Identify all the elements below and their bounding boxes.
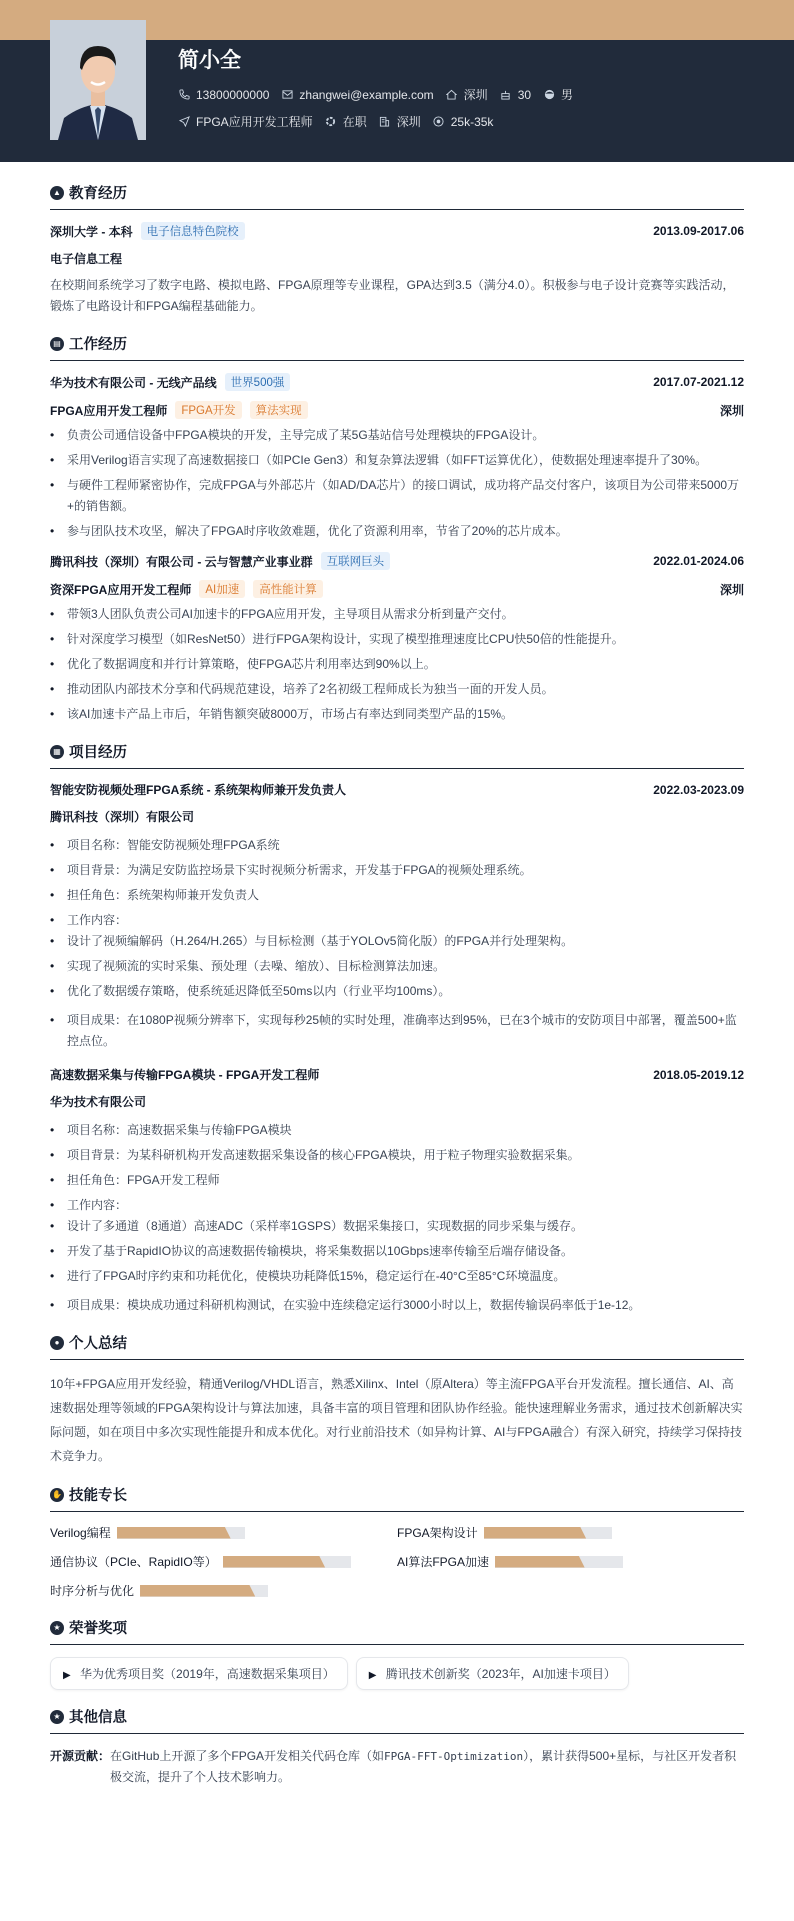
list-item: 开发了基于RapidIO协议的高速数据传输模块，将采集数据以10Gbps速率传输… <box>50 1241 744 1262</box>
role-tag: 算法实现 <box>250 401 308 419</box>
cake-icon <box>500 89 512 101</box>
list-item: 进行了FPGA时序约束和功耗优化，使模块功耗降低15%，稳定运行在-40°C至8… <box>50 1266 744 1287</box>
work-section-title: ▤ 工作经历 <box>50 333 744 361</box>
job-period: 2022.01-2024.06 <box>653 554 744 568</box>
info-ribbon-icon: ★ <box>50 1710 64 1724</box>
skill-bar-fill <box>117 1527 231 1539</box>
salary-item: 25k-35k <box>433 115 494 129</box>
skill-item: 通信协议（PCIe、RapidIO等） <box>50 1553 397 1570</box>
awards-section-title: ★ 荣誉奖项 <box>50 1617 744 1645</box>
list-item: 项目成果：模块成功通过科研机构测试，在实验中连续稳定运行3000小时以上，数据传… <box>50 1295 744 1316</box>
other-section-title: ★ 其他信息 <box>50 1706 744 1734</box>
salary-value: 25k-35k <box>451 115 494 129</box>
graduation-cap-icon: ▲ <box>50 186 64 200</box>
projects-title-text: 项目经历 <box>69 741 127 762</box>
project-company-row: 华为技术有限公司 <box>50 1093 744 1110</box>
skill-bar <box>484 1527 612 1539</box>
age-item: 30 <box>500 88 531 102</box>
role-tag: 高性能计算 <box>253 580 323 598</box>
skill-item: 时序分析与优化 <box>50 1582 397 1599</box>
project-name-row: 智能安防视频处理FPGA系统 - 系统架构师兼开发负责人 2022.03-202… <box>50 781 744 798</box>
awards-list: ▶ 华为优秀项目奖（2019年，高速数据采集项目） ▶ 腾讯技术创新奖（2023… <box>50 1657 744 1690</box>
major: 电子信息工程 <box>50 250 122 267</box>
skill-name: AI算法FPGA加速 <box>397 1553 489 1570</box>
mail-icon <box>281 89 293 101</box>
education-section: ▲ 教育经历 深圳大学 - 本科 电子信息特色院校 2013.09-2017.0… <box>50 182 744 317</box>
role-tag: FPGA开发 <box>175 401 241 419</box>
thumbs-up-icon: ✋ <box>50 1488 64 1502</box>
status-item: 在职 <box>325 113 367 130</box>
award-text: 华为优秀项目奖（2019年，高速数据采集项目） <box>80 1667 335 1681</box>
skill-name: Verilog编程 <box>50 1524 111 1541</box>
list-item: 设计了视频编解码（H.264/H.265）与目标检测（基于YOLOv5简化版）的… <box>50 931 744 952</box>
skill-bar-fill <box>484 1527 586 1539</box>
other-title-text: 其他信息 <box>69 1706 127 1727</box>
other-item-value: 在GitHub上开源了多个FPGA开发相关代码仓库（如FPGA-FFT-Opti… <box>110 1746 744 1788</box>
job-role: FPGA应用开发工程师 <box>50 402 167 419</box>
list-item: 担任角色：系统架构师兼开发负责人 <box>50 885 744 906</box>
project-bullets: 项目名称：智能安防视频处理FPGA系统 项目背景：为满足安防监控场景下实时视频分… <box>50 835 744 1052</box>
status-value: 在职 <box>343 113 367 130</box>
project-company: 腾讯科技（深圳）有限公司 <box>50 808 194 825</box>
list-item: 该AI加速卡产品上市后，年销售额突破8000万，市场占有率达到同类型产品的15%… <box>50 704 744 725</box>
skills-section: ✋ 技能专长 Verilog编程 FPGA架构设计 通信协议（PCIe、Rapi… <box>50 1484 744 1599</box>
projects-section: ▦ 项目经历 智能安防视频处理FPGA系统 - 系统架构师兼开发负责人 2022… <box>50 741 744 1316</box>
list-item: 参与团队技术攻坚，解决了FPGA时序收敛难题，优化了资源利用率，节省了20%的芯… <box>50 521 744 542</box>
summary-section: ● 个人总结 10年+FPGA应用开发经验，精通Verilog/VHDL语言，熟… <box>50 1332 744 1468</box>
job-entry: 腾讯科技（深圳）有限公司 - 云与智慧产业事业群 互联网巨头 2022.01-2… <box>50 552 744 725</box>
school-tag: 电子信息特色院校 <box>141 222 245 240</box>
project-name: 高速数据采集与传输FPGA模块 - FPGA开发工程师 <box>50 1066 319 1083</box>
skill-bar <box>140 1585 268 1597</box>
list-item: 项目背景：为某科研机构开发高速数据采集设备的核心FPGA模块，用于粒子物理实验数… <box>50 1145 744 1166</box>
paper-plane-icon <box>178 116 190 128</box>
list-item: 针对深度学习模型（如ResNet50）进行FPGA架构设计，实现了模型推理速度比… <box>50 629 744 650</box>
skill-name: 通信协议（PCIe、RapidIO等） <box>50 1553 217 1570</box>
job-role-row: 资深FPGA应用开发工程师 AI加速 高性能计算 深圳 <box>50 580 744 598</box>
school-name: 深圳大学 - 本科 <box>50 223 133 240</box>
role-tag: AI加速 <box>199 580 245 598</box>
list-item: 担任角色：FPGA开发工程师 <box>50 1170 744 1191</box>
award-text: 腾讯技术创新奖（2023年，AI加速卡项目） <box>386 1667 616 1681</box>
list-item: 项目名称：高速数据采集与传输FPGA模块 <box>50 1120 744 1141</box>
city-item: 深圳 <box>446 86 488 103</box>
list-item: 工作内容： <box>50 1195 744 1216</box>
list-item: 带领3人团队负责公司AI加速卡的FPGA应用开发，主导项目从需求分析到量产交付。 <box>50 604 744 625</box>
list-item: 与硬件工程师紧密协作，完成FPGA与外部芯片（如AD/DA芯片）的接口调试，成功… <box>50 475 744 517</box>
list-item: 项目成果：在1080P视频分辨率下，实现每秒25帧的实时处理，准确率达到95%，… <box>50 1010 744 1052</box>
skill-bar-fill <box>495 1556 585 1568</box>
job-location: 深圳 <box>720 581 744 598</box>
summary-text: 10年+FPGA应用开发经验，精通Verilog/VHDL语言，熟悉Xilinx… <box>50 1372 744 1468</box>
job-bullets: 负责公司通信设备中FPGA模块的开发，主导完成了某5G基站信号处理模块的FPGA… <box>50 425 744 542</box>
project-name-row: 高速数据采集与传输FPGA模块 - FPGA开发工程师 2018.05-2019… <box>50 1066 744 1083</box>
work-section: ▤ 工作经历 华为技术有限公司 - 无线产品线 世界500强 2017.07-2… <box>50 333 744 725</box>
avatar-portrait-icon <box>50 20 146 140</box>
major-row: 电子信息工程 <box>50 250 744 267</box>
summary-section-title: ● 个人总结 <box>50 1332 744 1360</box>
education-period: 2013.09-2017.06 <box>653 224 744 238</box>
skills-grid: Verilog编程 FPGA架构设计 通信协议（PCIe、RapidIO等） A… <box>50 1524 744 1599</box>
skill-bar <box>495 1556 623 1568</box>
job-bullets: 带领3人团队负责公司AI加速卡的FPGA应用开发，主导项目从需求分析到量产交付。… <box>50 604 744 725</box>
gender-item: 男 <box>543 86 573 103</box>
project-entry: 高速数据采集与传输FPGA模块 - FPGA开发工程师 2018.05-2019… <box>50 1066 744 1316</box>
age-value: 30 <box>518 88 531 102</box>
award-card: ▶ 华为优秀项目奖（2019年，高速数据采集项目） <box>50 1657 348 1690</box>
job-title-value: FPGA应用开发工程师 <box>196 113 313 130</box>
resume-content: ▲ 教育经历 深圳大学 - 本科 电子信息特色院校 2013.09-2017.0… <box>0 162 794 1808</box>
company-tag: 互联网巨头 <box>321 552 391 570</box>
project-name: 智能安防视频处理FPGA系统 - 系统架构师兼开发负责人 <box>50 781 346 798</box>
company-tag: 世界500强 <box>225 373 291 391</box>
skill-name: 时序分析与优化 <box>50 1582 134 1599</box>
award-ribbon-icon: ★ <box>50 1621 64 1635</box>
email-item: zhangwei@example.com <box>281 88 433 102</box>
list-item: 负责公司通信设备中FPGA模块的开发，主导完成了某5G基站信号处理模块的FPGA… <box>50 425 744 446</box>
education-title-text: 教育经历 <box>69 182 127 203</box>
briefcase-icon: ▤ <box>50 337 64 351</box>
status-gear-icon <box>325 116 337 128</box>
skill-bar <box>223 1556 351 1568</box>
user-icon: ● <box>50 1336 64 1350</box>
other-section: ★ 其他信息 开源贡献： 在GitHub上开源了多个FPGA开发相关代码仓库（如… <box>50 1706 744 1788</box>
list-item: 推动团队内部技术分享和代码规范建设，培养了2名初级工程师成长为独当一面的开发人员… <box>50 679 744 700</box>
award-card: ▶ 腾讯技术创新奖（2023年，AI加速卡项目） <box>356 1657 629 1690</box>
other-value-prefix: 在GitHub上开源了多个FPGA开发相关代码仓库（如 <box>110 1749 384 1763</box>
avatar <box>50 20 146 140</box>
project-entry: 智能安防视频处理FPGA系统 - 系统架构师兼开发负责人 2022.03-202… <box>50 781 744 1052</box>
candidate-name: 简小全 <box>178 44 241 74</box>
phone-value: 13800000000 <box>196 88 269 102</box>
list-item: 项目名称：智能安防视频处理FPGA系统 <box>50 835 744 856</box>
company-name: 腾讯科技（深圳）有限公司 - 云与智慧产业事业群 <box>50 553 313 570</box>
skill-bar-fill <box>223 1556 325 1568</box>
contact-row: 13800000000 zhangwei@example.com 深圳 30 男 <box>178 86 585 103</box>
company-name: 华为技术有限公司 - 无线产品线 <box>50 374 217 391</box>
home-icon <box>446 89 458 101</box>
project-period: 2022.03-2023.09 <box>653 783 744 797</box>
city-value: 深圳 <box>464 86 488 103</box>
job-role: 资深FPGA应用开发工程师 <box>50 581 191 598</box>
list-item: 工作内容： <box>50 910 744 931</box>
project-company-row: 腾讯科技（深圳）有限公司 <box>50 808 744 825</box>
project-company: 华为技术有限公司 <box>50 1093 146 1110</box>
skill-name: FPGA架构设计 <box>397 1524 478 1541</box>
email-value: zhangwei@example.com <box>299 88 433 102</box>
job-title-item: FPGA应用开发工程师 <box>178 113 313 130</box>
target-city-item: 深圳 <box>379 113 421 130</box>
job-period: 2017.07-2021.12 <box>653 375 744 389</box>
grid-icon: ▦ <box>50 745 64 759</box>
repo-name-code: FPGA-FFT-Optimization <box>384 1750 523 1763</box>
job-entry: 华为技术有限公司 - 无线产品线 世界500强 2017.07-2021.12 … <box>50 373 744 542</box>
phone-item: 13800000000 <box>178 88 269 102</box>
list-item: 实现了视频流的实时采集、预处理（去噪、缩放）、目标检测算法加速。 <box>50 956 744 977</box>
education-description: 在校期间系统学习了数字电路、模拟电路、FPGA原理等专业课程，GPA达到3.5（… <box>50 275 744 317</box>
triangle-right-icon: ▶ <box>369 1670 377 1681</box>
skills-title-text: 技能专长 <box>69 1484 127 1505</box>
list-item: 设计了多通道（8通道）高速ADC（采样率1GSPS）数据采集接口，实现数据的同步… <box>50 1216 744 1237</box>
skills-section-title: ✋ 技能专长 <box>50 1484 744 1512</box>
education-section-title: ▲ 教育经历 <box>50 182 744 210</box>
skill-bar <box>117 1527 245 1539</box>
list-item: 采用Verilog语言实现了高速数据接口（如PCIe Gen3）和复杂算法逻辑（… <box>50 450 744 471</box>
summary-title-text: 个人总结 <box>69 1332 127 1353</box>
target-city-value: 深圳 <box>397 113 421 130</box>
list-item: 项目背景：为满足安防监控场景下实时视频分析需求，开发基于FPGA的视频处理系统。 <box>50 860 744 881</box>
skill-item: FPGA架构设计 <box>397 1524 744 1541</box>
job-intent-row: FPGA应用开发工程师 在职 深圳 25k-35k <box>178 113 505 130</box>
skill-bar-fill <box>140 1585 255 1597</box>
job-role-row: FPGA应用开发工程师 FPGA开发 算法实现 深圳 <box>50 401 744 419</box>
job-company-row: 腾讯科技（深圳）有限公司 - 云与智慧产业事业群 互联网巨头 2022.01-2… <box>50 552 744 570</box>
awards-section: ★ 荣誉奖项 ▶ 华为优秀项目奖（2019年，高速数据采集项目） ▶ 腾讯技术创… <box>50 1617 744 1690</box>
phone-icon <box>178 89 190 101</box>
awards-title-text: 荣誉奖项 <box>69 1617 127 1638</box>
work-title-text: 工作经历 <box>69 333 127 354</box>
profile-header: 简小全 13800000000 zhangwei@example.com 深圳 … <box>0 40 794 162</box>
project-period: 2018.05-2019.12 <box>653 1068 744 1082</box>
other-item-key: 开源贡献： <box>50 1746 110 1788</box>
skill-item: Verilog编程 <box>50 1524 397 1541</box>
project-bullets: 项目名称：高速数据采集与传输FPGA模块 项目背景：为某科研机构开发高速数据采集… <box>50 1120 744 1316</box>
job-company-row: 华为技术有限公司 - 无线产品线 世界500强 2017.07-2021.12 <box>50 373 744 391</box>
salary-coin-icon <box>433 116 445 128</box>
skill-item: AI算法FPGA加速 <box>397 1553 744 1570</box>
list-item: 优化了数据缓存策略，使系统延迟降低至50ms以内（行业平均100ms）。 <box>50 981 744 1002</box>
projects-section-title: ▦ 项目经历 <box>50 741 744 769</box>
education-row: 深圳大学 - 本科 电子信息特色院校 2013.09-2017.06 <box>50 222 744 240</box>
gender-icon <box>543 89 555 101</box>
building-icon <box>379 116 391 128</box>
job-location: 深圳 <box>720 402 744 419</box>
triangle-right-icon: ▶ <box>63 1670 71 1681</box>
other-item: 开源贡献： 在GitHub上开源了多个FPGA开发相关代码仓库（如FPGA-FF… <box>50 1746 744 1788</box>
list-item: 优化了数据调度和并行计算策略，使FPGA芯片利用率达到90%以上。 <box>50 654 744 675</box>
gender-value: 男 <box>561 86 573 103</box>
